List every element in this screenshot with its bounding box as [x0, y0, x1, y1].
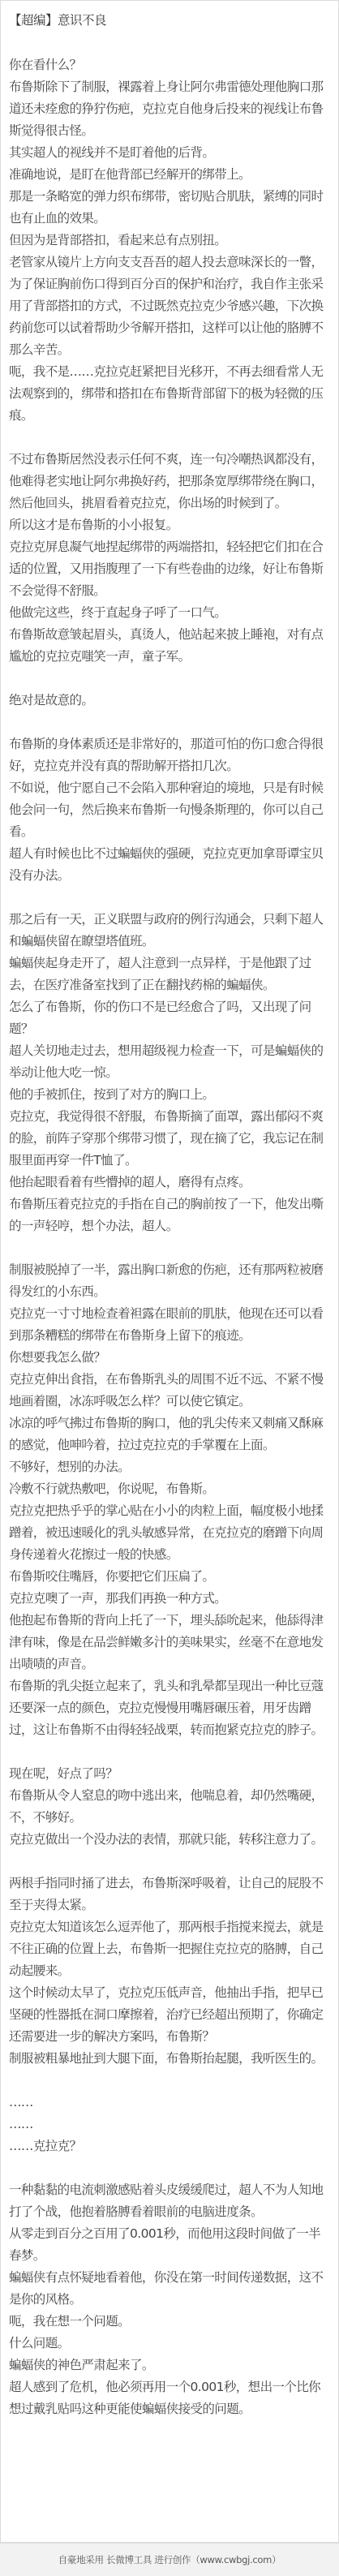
- paragraph: 蝙蝠侠有点怀疑地看着他，你没在第一时间传递数据，这不是你的风格。: [9, 2267, 328, 2311]
- article-body: 你在看什么？布鲁斯除下了制服，裸露着上身让阿尔弗雷德处理他胸口那道还未痊愈的狰狞…: [9, 54, 328, 2420]
- paragraph: 老管家从镜片上方向支支吾吾的超人投去意味深长的一瞥，为了保证胸前伤口得到百分百的…: [9, 252, 328, 361]
- paragraph: 他做完这些，终于直起身子呼了一口气。: [9, 602, 328, 624]
- paragraph: 超人关切地走过去，想用超级视力检查一下，可是蝙蝠侠的举动让他大吃一惊。: [9, 1040, 328, 1084]
- paragraph: 绝对是故意的。: [9, 690, 328, 712]
- paragraph: ……: [9, 2114, 328, 2135]
- paragraph-spacer: [9, 2070, 328, 2092]
- paragraph-spacer: [9, 2157, 328, 2179]
- paragraph-spacer: [9, 427, 328, 449]
- paragraph: 你在看什么？: [9, 54, 328, 76]
- paragraph: 克拉克太知道该怎么逗弄他了，那两根手指搅来搅去，就是不往正确的位置上去，布鲁斯一…: [9, 1916, 328, 1982]
- paragraph: 布鲁斯从令人窒息的吻中逃出来，他喘息着，却仍然嘴硬，不，不够好。: [9, 1785, 328, 1829]
- article-card: 【超编】意识不良 你在看什么？布鲁斯除下了制服，裸露着上身让阿尔弗雷德处理他胸口…: [0, 0, 339, 2543]
- paragraph: 那之后有一天，正义联盟与政府的例行沟通会，只剩下超人和蝙蝠侠留在瞭望塔值班。: [9, 909, 328, 953]
- paragraph: 克拉克一寸寸地检查着袒露在眼前的肌肤，他现在还可以看到那条糟糕的绑带在布鲁斯身上…: [9, 1303, 328, 1347]
- paragraph: 你想要我怎么做？: [9, 1347, 328, 1369]
- paragraph: 他抬起眼看着有些懵掉的超人，磨得有点疼。: [9, 1172, 328, 1193]
- paragraph: 他的手被抓住，按到了对方的胸口上。: [9, 1084, 328, 1106]
- paragraph: 布鲁斯的乳尖挺立起来了，乳头和乳晕都呈现出一种比豆蔻还要深一点的颜色，克拉克慢慢…: [9, 1675, 328, 1741]
- paragraph: 呃，我不是……克拉克赶紧把目光移开，不再去细看常人无法观察到的，绑带和搭扣在布鲁…: [9, 361, 328, 427]
- paragraph: 这个时候动太早了，克拉克压低声音，他抽出手指，把早已坚硬的性器抵在洞口摩擦着，治…: [9, 1982, 328, 2048]
- paragraph: 布鲁斯除下了制服，裸露着上身让阿尔弗雷德处理他胸口那道还未痊愈的狰狞伤疤，克拉克…: [9, 76, 328, 142]
- paragraph: 不够好，想别的办法。: [9, 1456, 328, 1478]
- paragraph: 克拉克伸出食指，在布鲁斯乳头的周围不近不远、不紧不慢地画着圈，冰冻呼吸怎么样？可…: [9, 1369, 328, 1413]
- paragraph: 但因为是背部搭扣，看起来总有点别扭。: [9, 230, 328, 252]
- article-title: 【超编】意识不良: [9, 9, 328, 32]
- paragraph: 蝙蝠侠的神色严肃起来了。: [9, 2355, 328, 2376]
- paragraph: 其实超人的视线并不是盯着他的后背。: [9, 142, 328, 164]
- paragraph: 那是一条略宽的弹力织布绑带，密切贴合肌肤，紧缚的同时也有止血的效果。: [9, 186, 328, 230]
- paragraph: 克拉克把热乎乎的掌心贴在小小的肉粒上面，幅度极小地揉蹭着，被迅速暖化的乳头敏感异…: [9, 1500, 328, 1566]
- paragraph-spacer: [9, 668, 328, 690]
- paragraph: 两根手指同时捅了进去，布鲁斯深呼吸着，让自己的屁股不至于夹得太紧。: [9, 1873, 328, 1916]
- paragraph: 克拉克做出一个没办法的表情，那就只能，转移注意力了。: [9, 1829, 328, 1851]
- paragraph-spacer: [9, 1851, 328, 1873]
- paragraph: 布鲁斯故意皱起眉头，真烫人，他站起来披上睡袍，对有点尴尬的克拉克嗤笑一声，童子军…: [9, 624, 328, 668]
- paragraph: 超人有时候也比不过蝙蝠侠的强硬，克拉克更加拿哥谭宝贝没有办法。: [9, 843, 328, 887]
- paragraph: 现在呢，好点了吗？: [9, 1763, 328, 1785]
- paragraph: 呃，我在想一个问题。: [9, 2311, 328, 2333]
- paragraph: 制服被粗暴地扯到大腿下面，布鲁斯抬起腿，我听医生的。: [9, 2048, 328, 2070]
- paragraph-spacer: [9, 887, 328, 909]
- paragraph: 克拉克，我觉得很不舒服，布鲁斯摘了面罩，露出郁闷不爽的脸，前阵子穿那个绑带习惯了…: [9, 1106, 328, 1172]
- paragraph: 什么问题。: [9, 2333, 328, 2355]
- paragraph-spacer: [9, 1741, 328, 1763]
- paragraph: 从零走到百分之百用了0.001秒，而他用这段时间做了一半春梦。: [9, 2223, 328, 2267]
- paragraph: 蝙蝠侠起身走开了，超人注意到一点异样，于是他跟了过去，在医疗准备室找到了正在翻找…: [9, 953, 328, 996]
- paragraph: 布鲁斯的身体素质还是非常好的，那道可怕的伤口愈合得很好，克拉克并没有真的帮助解开…: [9, 733, 328, 777]
- paragraph: 超人感到了危机，他必须再用一个0.001秒，想出一个比你想过戴乳贴吗这种更能使蝙…: [9, 2376, 328, 2420]
- paragraph: 不如说，他宁愿自己不会陷入那种窘迫的境地，只是有时候他会问一句，然后换来布鲁斯一…: [9, 777, 328, 843]
- paragraph: 布鲁斯咬住嘴唇，你要把它们压扁了。: [9, 1566, 328, 1588]
- paragraph: 布鲁斯压着克拉克的手指在自己的胸前按了一下，他发出嘶的一声轻哼，想个办法，超人。: [9, 1193, 328, 1237]
- paragraph: 所以这才是布鲁斯的小小报复。: [9, 514, 328, 536]
- footer-credit: 自豪地采用 长微博工具 进行创作（www.cwbgj.com）: [0, 2543, 339, 2576]
- paragraph: 准确地说，是盯在他背部已经解开的绑带上。: [9, 164, 328, 186]
- paragraph: 冰凉的呼气拂过布鲁斯的胸口，他的乳尖传来又刺痛又酥麻的感觉，他呻吟着，拉过克拉克…: [9, 1413, 328, 1456]
- paragraph: 冷敷不行就热敷吧，你说呢，布鲁斯。: [9, 1478, 328, 1500]
- paragraph-spacer: [9, 1237, 328, 1259]
- paragraph-spacer: [9, 712, 328, 733]
- paragraph: 制服被脱掉了一半，露出胸口新愈的伤疤，还有那两粒被磨得发红的小东西。: [9, 1259, 328, 1303]
- paragraph: 克拉克噢了一声，那我们再换一种方式。: [9, 1588, 328, 1610]
- paragraph: ……: [9, 2092, 328, 2114]
- paragraph: 怎么了布鲁斯，你的伤口不是已经愈合了吗，又出现了问题？: [9, 996, 328, 1040]
- paragraph: 不过布鲁斯居然没表示任何不爽，连一句冷嘲热讽都没有，他难得老实地让阿尔弗换好药，…: [9, 449, 328, 514]
- paragraph: 克拉克屏息凝气地捏起绑带的两端搭扣，轻轻把它们扣在合适的位置，又用指腹理了一下有…: [9, 536, 328, 602]
- paragraph: 一种黏黏的电流刺激感贴着头皮缓缓爬过，超人不为人知地打了个战，他抱着胳膊看着眼前…: [9, 2179, 328, 2223]
- paragraph: 他抱起布鲁斯的背向上托了一下，埋头舔吮起来，他舔得津津有味，像是在品尝鲜嫩多汁的…: [9, 1610, 328, 1675]
- paragraph: ……克拉克？: [9, 2135, 328, 2157]
